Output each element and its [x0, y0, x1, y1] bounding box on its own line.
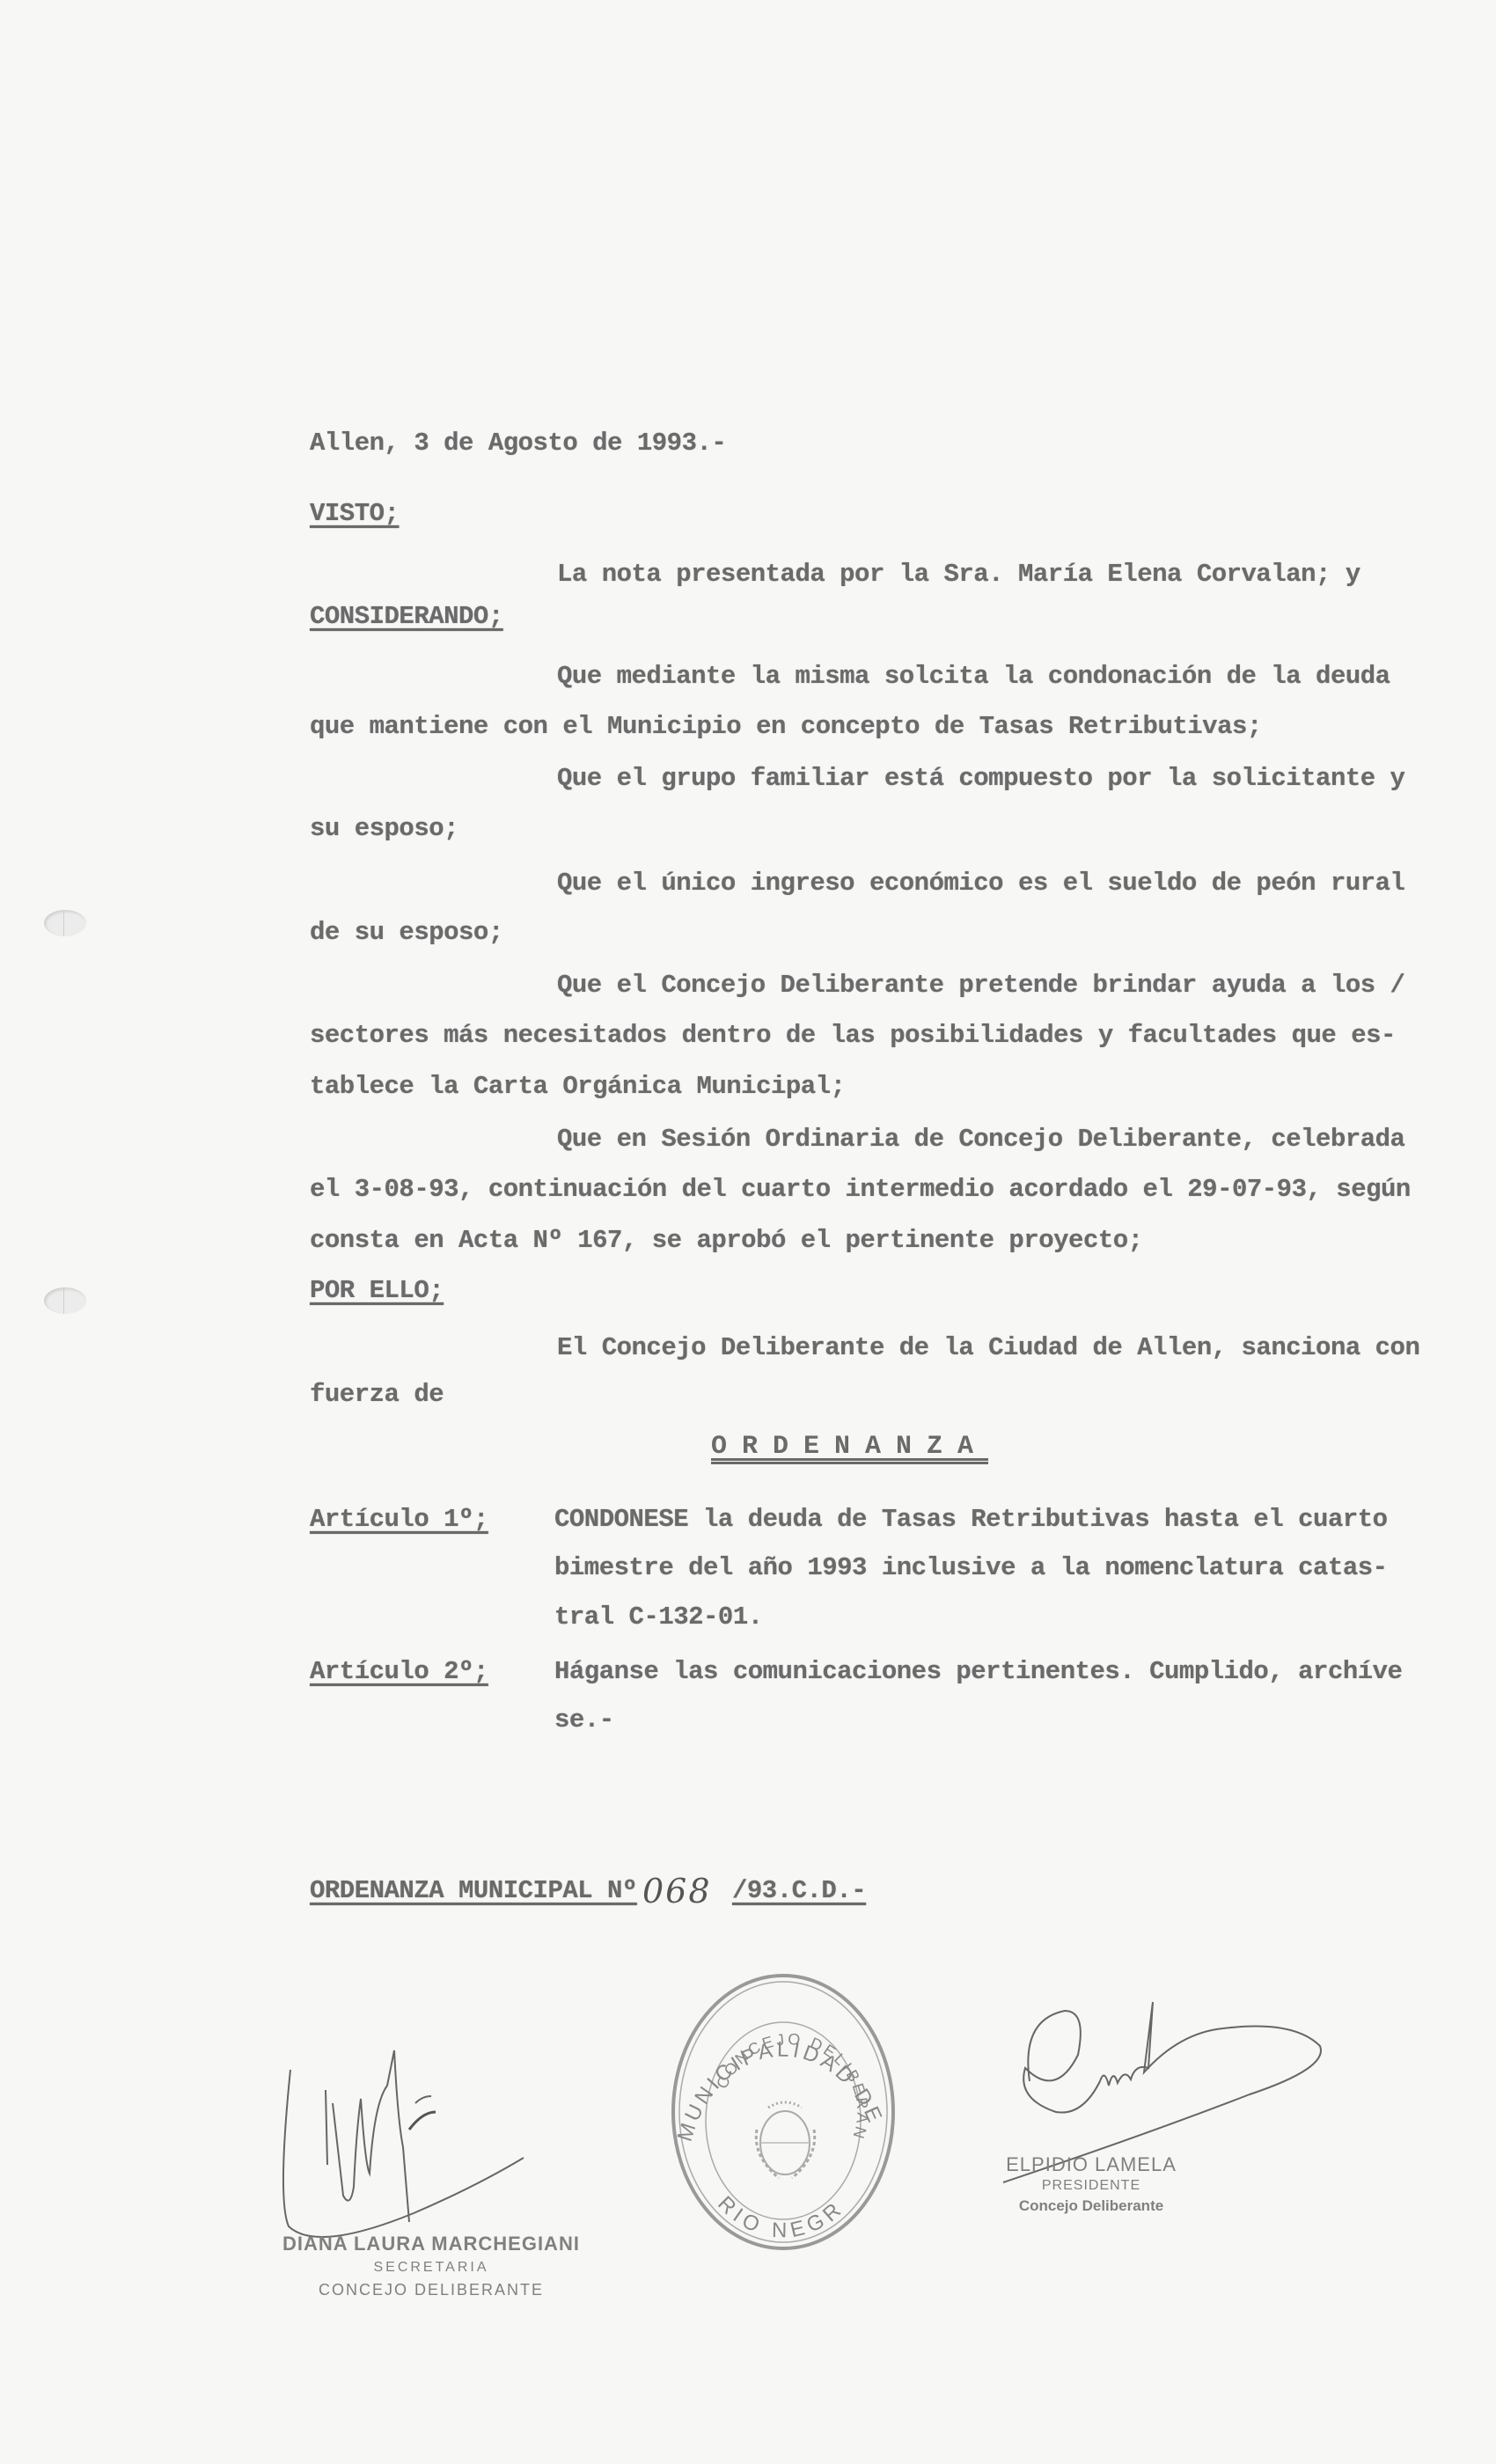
visto-text: La nota presentada por la Sra. María Ele… — [557, 560, 1360, 590]
considerando-line: el 3-08-93, continuación del cuarto inte… — [310, 1175, 1411, 1205]
visto-label: VISTO; — [310, 499, 399, 529]
considerando-line: consta en Acta Nº 167, se aprobó el pert… — [310, 1226, 1143, 1256]
ordenanza-heading: ORDENANZA — [711, 1432, 988, 1462]
article-line: CONDONESE la deuda de Tasas Retributivas… — [554, 1505, 1388, 1535]
ordinance-number-suffix: /93.C.D.- — [732, 1876, 866, 1906]
por-ello-label: POR ELLO; — [310, 1276, 444, 1306]
considerando-paragraph: Que el único ingreso económico es el sue… — [557, 869, 1404, 898]
considerando-paragraph: Que mediante la misma solcita la condona… — [557, 662, 1390, 692]
article-line: bimestre del año 1993 inclusive a la nom… — [554, 1553, 1388, 1583]
considerando-line: de su esposo; — [310, 918, 503, 948]
signer-left-title: SECRETARIA — [273, 2260, 590, 2276]
signer-left-name: DIANA LAURA MARCHEGIANI — [273, 2233, 590, 2255]
considerando-line: que mantiene con el Municipio en concept… — [310, 712, 1262, 742]
ordinance-number-handwritten: 068 — [642, 1872, 712, 1910]
punch-hole — [44, 910, 86, 936]
municipal-seal-icon: MUNICIPALIDAD DE ALLEN CONCEJO DELIBERAN… — [664, 1967, 902, 2257]
svg-text:RIO NEGRO: RIO NEGRO — [654, 1948, 850, 2242]
article-line: se.- — [554, 1705, 614, 1735]
signature-left-icon — [264, 2024, 528, 2253]
considerando-paragraph: Que en Sesión Ordinaria de Concejo Delib… — [557, 1125, 1404, 1155]
signer-right-title: PRESIDENTE — [986, 2178, 1197, 2194]
ordinance-number-prefix: ORDENANZA MUNICIPAL Nº — [310, 1876, 637, 1906]
considerando-line: tablece la Carta Orgánica Municipal; — [310, 1072, 846, 1102]
considerando-line: su esposo; — [310, 814, 458, 844]
considerando-paragraph: Que el grupo familiar está compuesto por… — [557, 764, 1404, 794]
seal-bottom-text: RIO NEGRO — [654, 1948, 850, 2242]
signer-right-name: ELPIDIO LAMELA — [986, 2153, 1197, 2176]
document-page: Allen, 3 de Agosto de 1993.- VISTO; La n… — [0, 0, 1496, 2464]
article-line: Háganse las comunicaciones pertinentes. … — [554, 1657, 1402, 1687]
article-label: Artículo 1º; — [310, 1505, 488, 1535]
article-label: Artículo 2º; — [310, 1657, 488, 1687]
article-line: tral C-132-01. — [554, 1602, 763, 1632]
signer-left-body: CONCEJO DELIBERANTE — [273, 2281, 590, 2299]
punch-hole — [44, 1287, 86, 1314]
considerando-paragraph: Que el Concejo Deliberante pretende brin… — [557, 971, 1404, 1001]
place-date: Allen, 3 de Agosto de 1993.- — [310, 429, 726, 458]
signer-right-body: Concejo Deliberante — [986, 2197, 1197, 2215]
considerando-line: sectores más necesitados dentro de las p… — [310, 1021, 1396, 1051]
considerando-label: CONSIDERANDO; — [310, 602, 503, 632]
sanciona-text: El Concejo Deliberante de la Ciudad de A… — [557, 1333, 1419, 1363]
sanciona-line: fuerza de — [310, 1380, 444, 1410]
